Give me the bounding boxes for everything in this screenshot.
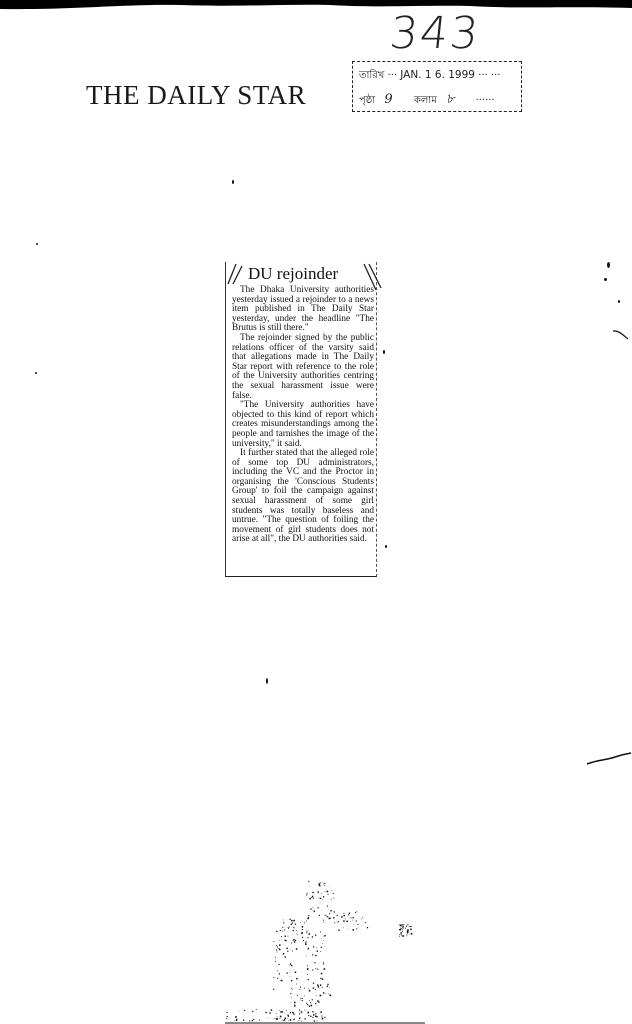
scan-speck	[385, 545, 387, 548]
scan-speck	[232, 180, 234, 184]
handwritten-page-number: 343	[387, 8, 482, 59]
stamp-date-label: তারিখ	[359, 70, 384, 81]
stamp-date-value: JAN. 1 6. 1999	[400, 69, 475, 81]
scan-speck	[266, 678, 268, 684]
stamp-page-value: 9	[384, 92, 392, 107]
scan-mark-right-lower	[585, 750, 632, 770]
stamp-column-label: কলাম	[414, 95, 437, 106]
article-paragraph: The Dhaka University authorities yesterd…	[232, 286, 374, 334]
scan-speck	[604, 278, 607, 281]
clipping-corner-mark	[226, 262, 244, 286]
scan-speck	[607, 262, 610, 268]
stamp-column-value: ৮	[446, 92, 454, 107]
article-headline: DU rejoinder	[248, 264, 338, 284]
stamp-date-row: তারিখ ··· JAN. 1 6. 1999 ··· ···	[359, 68, 500, 85]
newspaper-masthead: THE DAILY STAR	[86, 80, 306, 111]
scan-speck	[618, 300, 620, 303]
scan-mark-right	[612, 325, 632, 345]
scan-noise-artifact	[225, 880, 425, 1024]
news-clipping: DU rejoinder The Dhaka University author…	[225, 262, 377, 577]
article-body: The Dhaka University authorities yesterd…	[232, 286, 374, 545]
stamp-page-label: পৃষ্ঠা	[359, 95, 375, 106]
article-paragraph: "The University authorities have objecte…	[232, 401, 374, 449]
archive-stamp: তারিখ ··· JAN. 1 6. 1999 ··· ··· পৃষ্ঠা …	[352, 61, 522, 112]
scan-speck	[36, 243, 38, 245]
scan-top-edge	[0, 0, 632, 10]
stamp-page-row: পৃষ্ঠা 9 কলাম ৮ ······	[359, 90, 495, 111]
scan-speck	[383, 350, 385, 354]
article-paragraph: It further stated that the alleged role …	[232, 449, 374, 545]
article-paragraph: The rejoinder signed by the public relat…	[232, 334, 374, 401]
scan-speck	[35, 372, 37, 374]
